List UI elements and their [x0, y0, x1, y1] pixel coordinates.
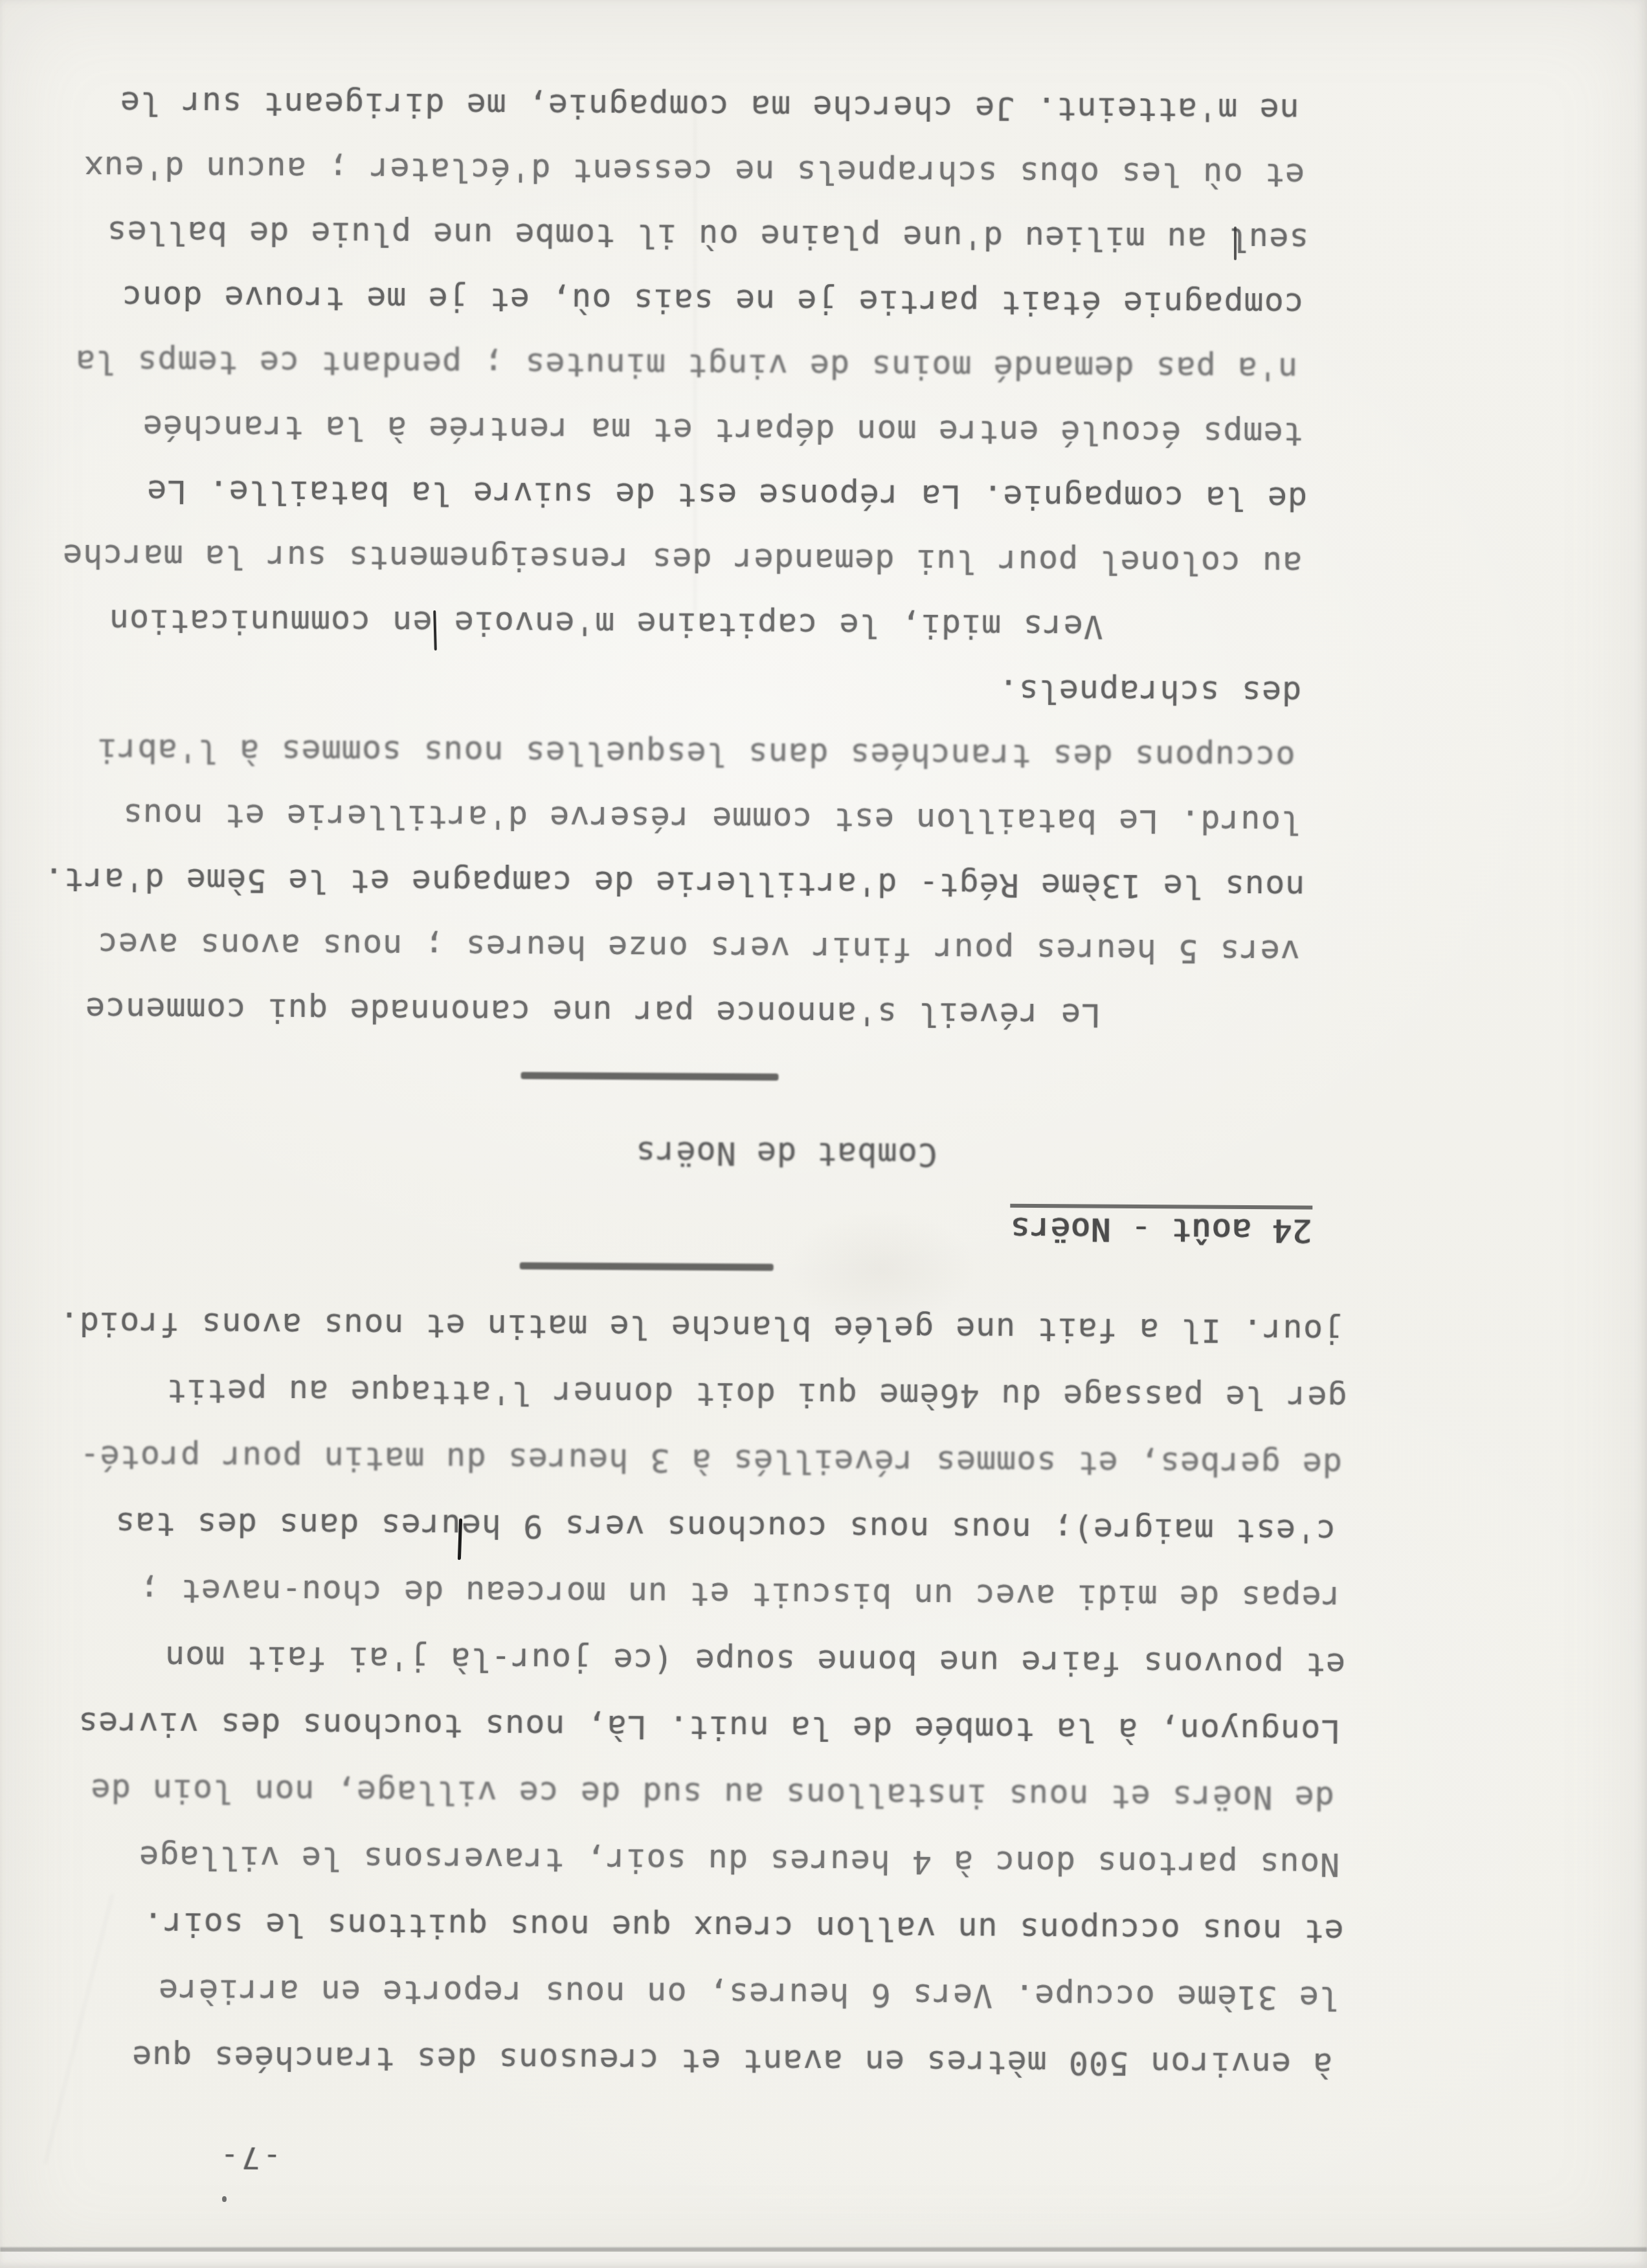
text-line: ne m'atteint. Je cherche ma compagnie, m…	[59, 71, 1299, 143]
text-line: occupons des tranchées dans lesquelles n…	[34, 718, 1295, 790]
text-line: Vers midi, le capitaine m'envoie en comm…	[56, 588, 1296, 661]
text-line: de gerbes, et sommes réveillés à 3 heure…	[58, 1423, 1342, 1498]
page-number: -7-	[218, 2140, 281, 2175]
text-line: compagnie était partie je ne sais où, et…	[63, 265, 1304, 337]
text-line: Le réveil s'annonce par une canonnade qu…	[32, 977, 1294, 1049]
text-line: à environ 500 mètres en avant et creuson…	[48, 2023, 1332, 2098]
text-line: ger le passage du 46ème qui doit donner …	[63, 1357, 1347, 1431]
text-line: et pouvons faire une bonne soupe (ce jou…	[61, 1623, 1345, 1698]
text-line: lourd. Le bataillon est comme réserve d'…	[39, 783, 1301, 855]
paragraph-continuation: à environ 500 mètres en avant et creuson…	[54, 1290, 1343, 2098]
entry-title: Combat de Noërs	[635, 1134, 937, 1173]
text-line: le 31ème occupe. Vers 6 heures, on nous …	[54, 1957, 1339, 2031]
separator-rule-lower	[521, 1072, 779, 1080]
entry-paragraph-2: Vers midi, le capitaine m'envoie en comm…	[62, 71, 1305, 661]
entry-paragraph-1: Le réveil s'annonce par une canonnade qu…	[38, 653, 1301, 1049]
text-line: au colonel pour lui demander des renseig…	[62, 524, 1303, 596]
text-line: et nous occupons un vallon creux que nou…	[60, 1890, 1344, 1964]
text-line: Nous partons donc à 4 heures du soir, tr…	[55, 1823, 1339, 1898]
text-line: vers 5 heures pour finir vers onze heure…	[38, 912, 1300, 984]
separator-rule-upper	[520, 1262, 774, 1271]
text-line: repas de midi avec un biscuit et un morc…	[57, 1557, 1341, 1631]
text-line: de Noërs et nous installons au sud de ce…	[50, 1757, 1334, 1831]
text-line: de la compagnie. La réponse est de suivr…	[67, 459, 1307, 531]
text-line: seul au milieu d'une plaine où il tombe …	[69, 200, 1309, 272]
text-line: des schrapnels.	[40, 653, 1302, 726]
date-heading: 24 août - Noërs	[1010, 1204, 1312, 1250]
text-line: c'est maigre); nous nous couchons vers 9…	[52, 1490, 1336, 1564]
text-line: temps écoulé entre mon départ et ma rent…	[63, 394, 1303, 467]
text-line: et où les obus schrapnels ne cessent d'é…	[65, 135, 1305, 208]
scanned-document-page: -7- à environ 500 mètres en avant et cre…	[0, 0, 1647, 2268]
typed-content-upside-down: -7- à environ 500 mètres en avant et cre…	[0, 0, 1647, 2268]
text-line: n'a pas demandé moins de vingt minutes ;…	[58, 329, 1298, 402]
text-line: Longuyon, à la tombée de la nuit. Là, no…	[56, 1690, 1341, 1764]
text-line: jour. Il a fait une gelée blanche le mat…	[58, 1290, 1343, 1364]
text-line: nous le 13ème Régt- d'artillerie de camp…	[43, 847, 1305, 920]
